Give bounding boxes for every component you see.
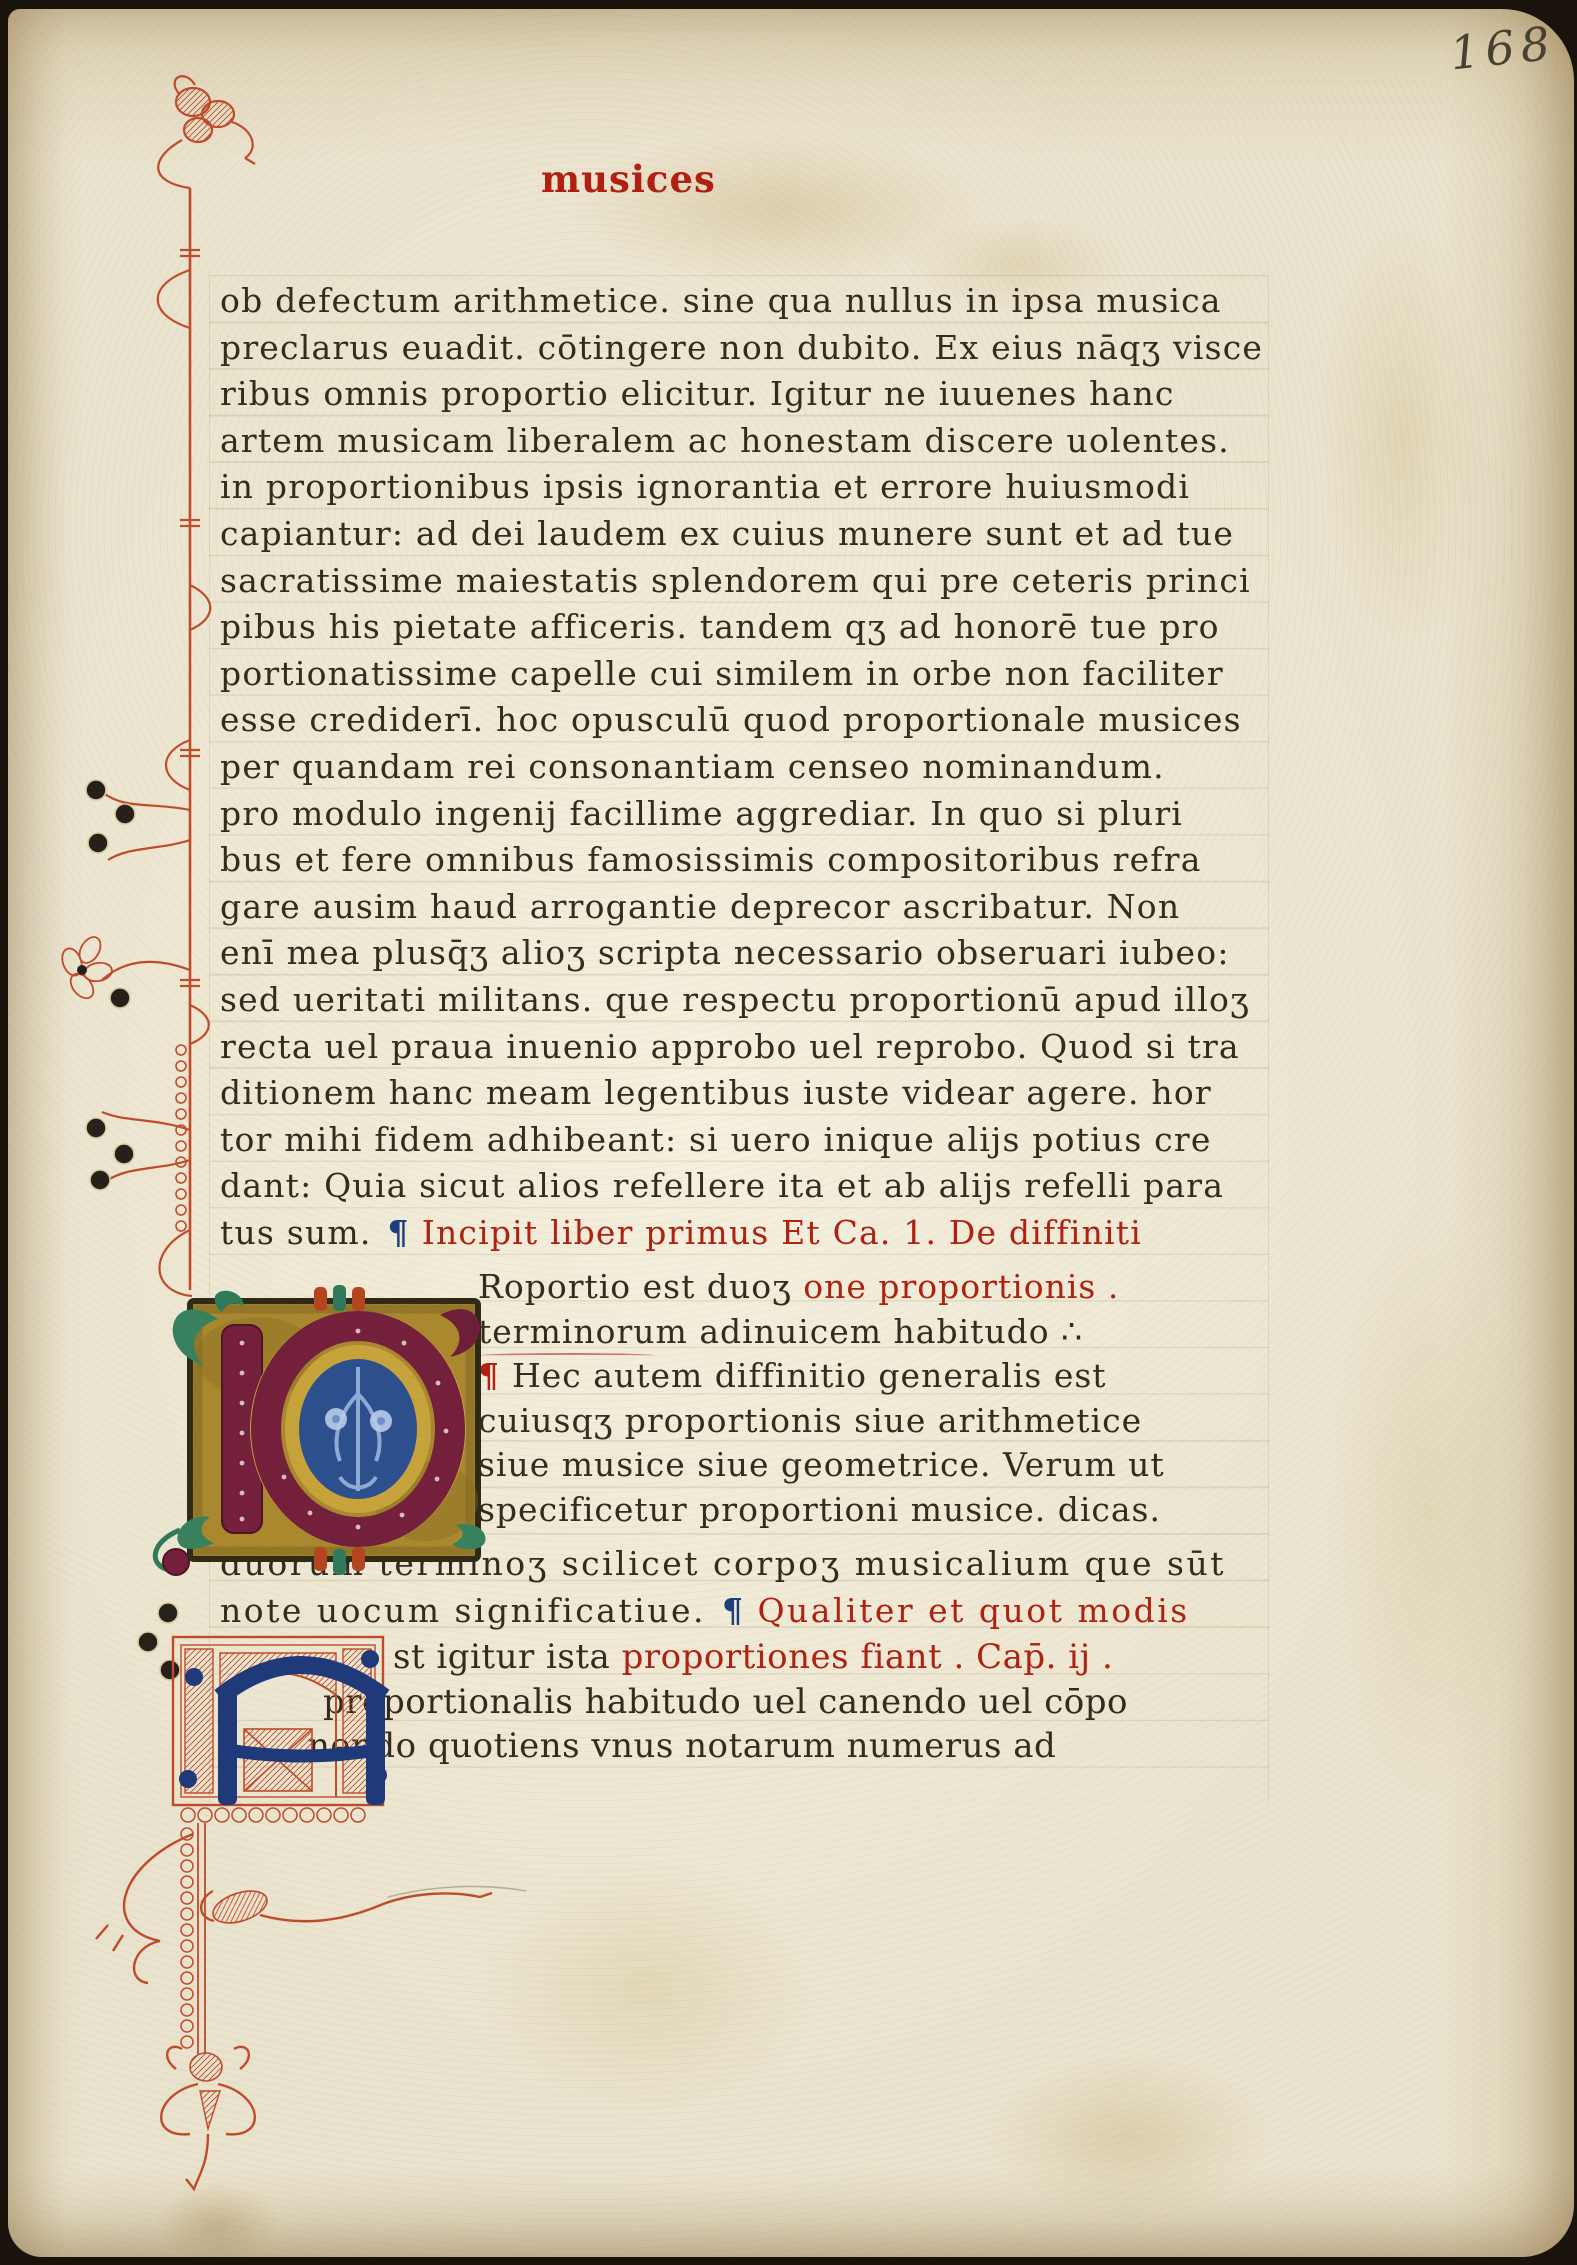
text-line: ¶Hec autem diffinitio generalis est bbox=[478, 1356, 1107, 1395]
text-line: specificetur proportioni musice. dicas. bbox=[478, 1490, 1161, 1529]
text-segment: Roportio est duoʒ bbox=[478, 1267, 803, 1306]
manuscript-photo: { "page": { "running_title": "musices", … bbox=[0, 0, 1577, 2265]
paragraph-mark: ¶ bbox=[706, 1591, 758, 1630]
rubric-flourish-underline bbox=[480, 1353, 655, 1358]
text-segment: Qualiter et quot modis bbox=[757, 1591, 1189, 1630]
paragraph-mark: ¶ bbox=[478, 1356, 512, 1395]
text-segment: proportiones fiant . Cap̄. ij . bbox=[622, 1637, 1114, 1677]
text-segment: terminorum adinuicem habitudo ∴ bbox=[478, 1312, 1083, 1351]
running-title: musices bbox=[541, 157, 701, 201]
text-line: Roportio est duoʒ one proportionis . bbox=[478, 1267, 1119, 1306]
text-segment: Hec autem diffinitio generalis est bbox=[512, 1356, 1107, 1395]
text-segment: siue musice siue geometrice. Verum ut bbox=[478, 1445, 1165, 1484]
folio-number: 168 bbox=[1447, 16, 1558, 81]
parchment-page: musices 168 ob defectum arithmetice. sin… bbox=[8, 9, 1574, 2257]
text-line: cuiusqʒ proportionis siue arithmetice bbox=[478, 1401, 1142, 1440]
text-line: siue musice siue geometrice. Verum ut bbox=[478, 1445, 1165, 1484]
text-segment: one proportionis . bbox=[803, 1267, 1119, 1306]
text-line: terminorum adinuicem habitudo ∴ bbox=[478, 1312, 1083, 1351]
text-segment: cuiusqʒ proportionis siue arithmetice bbox=[478, 1401, 1142, 1440]
illuminated-initial-p bbox=[188, 1299, 480, 1561]
text-segment: specificetur proportioni musice. dicas. bbox=[478, 1490, 1161, 1529]
penwork-initial-a bbox=[48, 1629, 608, 2209]
text-segment: Incipit liber primus Et Ca. 1. De diffin… bbox=[422, 1213, 1142, 1252]
